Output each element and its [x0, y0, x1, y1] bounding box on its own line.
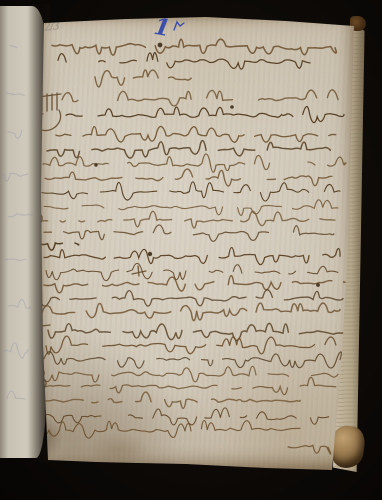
handwriting-text — [36, 14, 358, 472]
manuscript-page: 2/3 1 — [36, 14, 358, 472]
paper-stain — [88, 432, 148, 466]
manuscript-photo: 2/3 1 — [0, 0, 382, 500]
blue-folio-flourish-icon — [172, 20, 186, 34]
